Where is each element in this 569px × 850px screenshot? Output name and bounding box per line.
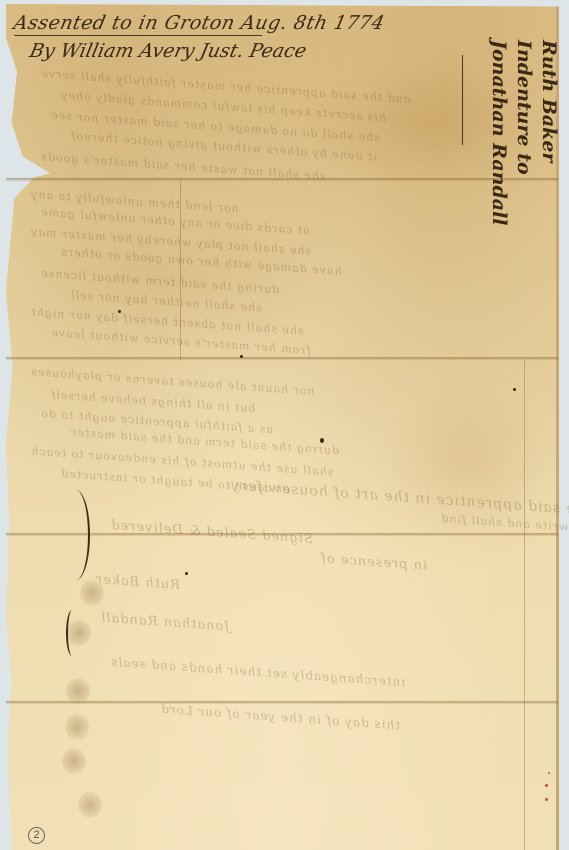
attestation-line-2: By William Avery Just. Peace [28,40,309,62]
wax-seal-blot [78,792,102,818]
foxing-spot [545,798,548,801]
wax-seal-blot [65,714,89,740]
fold-line-4 [6,701,558,704]
docket-line-3: Jonathan Randall [488,40,510,226]
scanned-document: and the said apprentice her master faith… [0,0,569,850]
docket-line-2: Indenture to [513,40,535,175]
ink-spot [240,355,243,358]
wax-seal-blot [62,748,86,774]
ink-bracket-small [66,610,78,656]
attestation-line-1: Assented to in Groton Aug. 8th 1774 [12,12,387,34]
docket-line-1: Ruth Baker [538,40,560,162]
wax-seal-blot [66,678,90,704]
wax-seal-blot [80,580,104,606]
ink-spot [118,310,121,313]
page-number-circle: 2 [28,827,45,844]
fold-line-2 [6,357,558,360]
fold-line-vertical-right [524,360,525,850]
ink-bracket [62,490,90,580]
ink-spot [185,572,188,575]
foxing-spot [548,772,550,774]
foxing-spot [545,784,548,787]
docket-flourish [462,55,463,145]
ink-spot [320,438,324,443]
header-underline [14,35,262,36]
ink-spot [513,388,516,391]
